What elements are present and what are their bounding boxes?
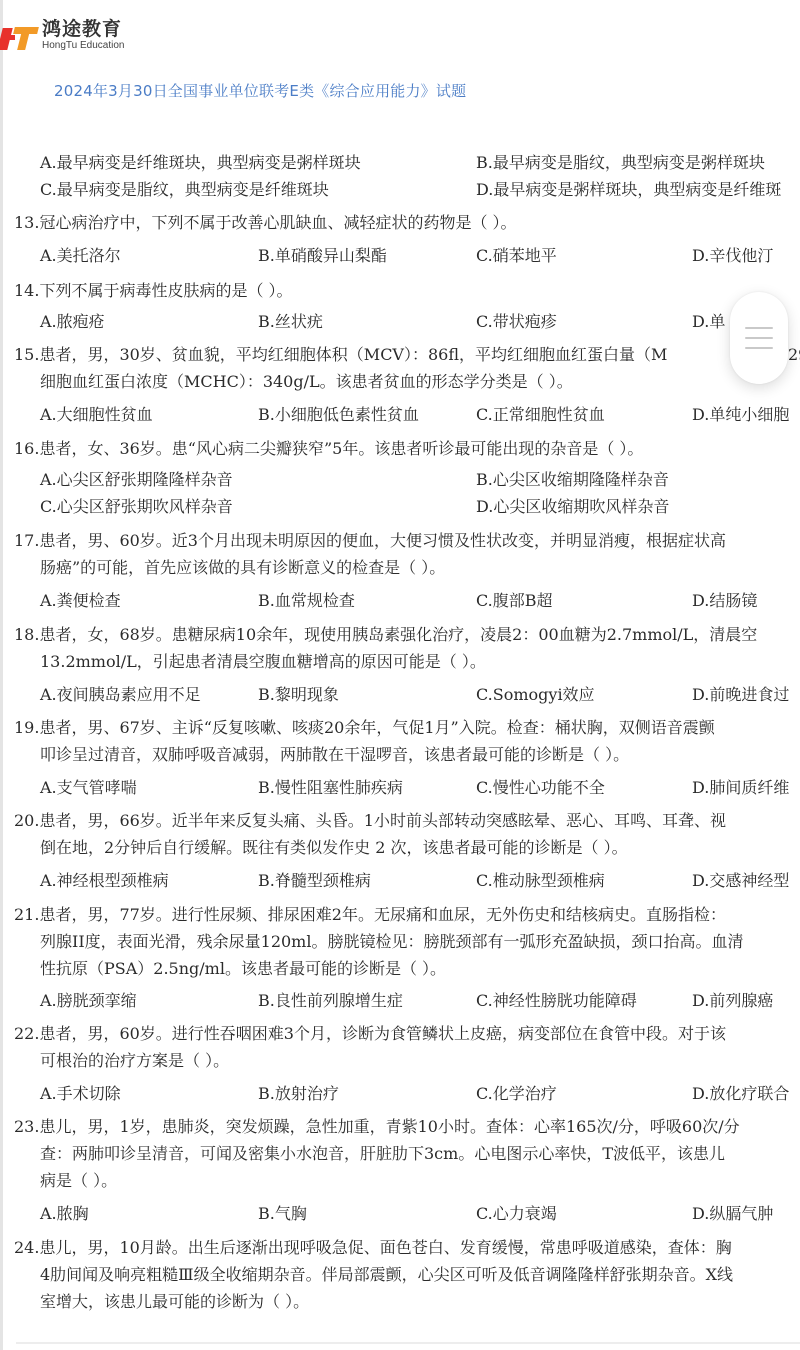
q13-stem: 13.冠心病治疗中，下列不属于改善心肌缺血、减轻症状的药物是（ ）。	[14, 212, 517, 234]
q15-option-b: B.小细胞低色素性贫血	[258, 404, 419, 426]
q20-option-b: B.脊髓型颈椎病	[258, 870, 371, 892]
q15-option-d: D.单纯小细胞	[692, 404, 789, 426]
q21-stem-line-3: 性抗原（PSA）2.5ng/ml。该患者最可能的诊断是（ ）。	[40, 958, 446, 980]
logo-chinese-name: 鸿途教育	[42, 18, 124, 40]
floating-menu-button[interactable]	[730, 292, 788, 384]
q22-stem-line-1: 22.患者，男，60岁。进行性吞咽困难3个月，诊断为食管鳞状上皮癌，病变部位在食…	[14, 1023, 726, 1045]
q22-option-c: C.化学治疗	[476, 1083, 557, 1105]
q20-option-c: C.椎动脉型颈椎病	[476, 870, 605, 892]
q22-option-b: B.放射治疗	[258, 1083, 339, 1105]
q16-option-c: C.心尖区舒张期吹风样杂音	[40, 496, 233, 518]
q13-option-a: A.美托洛尔	[40, 245, 121, 267]
q24-stem-line-2: 4肋间闻及响亮粗糙Ⅲ级全收缩期杂音。伴局部震颤，心尖区可听及低音调隆隆样舒张期杂…	[40, 1264, 733, 1286]
q12-option-b: B.最早病变是脂纹，典型病变是粥样斑块	[476, 152, 765, 174]
q23-option-d: D.纵膈气肿	[692, 1203, 773, 1225]
q18-option-a: A.夜间胰岛素应用不足	[40, 684, 201, 706]
q23-option-a: A.脓胸	[40, 1203, 89, 1225]
q16-option-a: A.心尖区舒张期隆隆样杂音	[40, 469, 233, 491]
q21-option-c: C.神经性膀胱功能障碍	[476, 990, 637, 1012]
q15-option-a: A.大细胞性贫血	[40, 404, 153, 426]
q12-option-d: D.最早病变是粥样斑块，典型病变是纤维斑	[476, 179, 781, 201]
q14-option-b: B.丝状疣	[258, 311, 323, 333]
q23-option-c: C.心力衰竭	[476, 1203, 557, 1225]
q13-option-c: C.硝苯地平	[476, 245, 557, 267]
q21-stem-line-2: 列腺II度，表面光滑，残余尿量120ml。膀胱镜检见：膀胱颈部有一弧形充盈缺损，…	[40, 931, 743, 953]
q12-option-c: C.最早病变是脂纹，典型病变是纤维斑块	[40, 179, 329, 201]
q19-option-a: A.支气管哮喘	[40, 777, 137, 799]
q21-option-d: D.前列腺癌	[692, 990, 773, 1012]
q15-stem-line-1: 15.患者，男，30岁、贫血貌，平均红细胞体积（MCV）：86fl，平均红细胞血…	[14, 344, 667, 366]
q19-stem-line-2: 叩诊呈过清音，双肺呼吸音减弱，两肺散在干湿啰音，该患者最可能的诊断是（ ）。	[40, 744, 629, 766]
q22-stem-line-2: 可根治的治疗方案是（ ）。	[40, 1050, 229, 1072]
q22-option-d: D.放化疗联合	[692, 1083, 789, 1105]
q14-option-a: A.脓疱疮	[40, 311, 105, 333]
exam-title: 2024年3月30日全国事业单位联考E类《综合应用能力》试题	[54, 80, 466, 101]
q17-stem-line-2: 肠癌”的可能，首先应该做的具有诊断意义的检查是（ ）。	[40, 557, 445, 579]
q24-stem-line-1: 24.患儿，男，10月龄。出生后逐渐出现呼吸急促、面色苍白、发育缓慢，常患呼吸道…	[14, 1237, 732, 1259]
q19-option-b: B.慢性阻塞性肺疾病	[258, 777, 403, 799]
q20-option-a: A.神经根型颈椎病	[40, 870, 169, 892]
q20-option-d: D.交感神经型	[692, 870, 789, 892]
page-left-border	[0, 0, 3, 1350]
q23-stem-line-2: 查：两肺叩诊呈清音，可闻及密集小水泡音，肝脏肋下3cm。心电图示心率快，T波低平…	[40, 1143, 725, 1165]
menu-lines-icon	[745, 327, 773, 329]
q17-stem-line-1: 17.患者，男、60岁。近3个月出现未明原因的便血，大便习惯及性状改变，并明显消…	[14, 530, 726, 552]
q17-option-d: D.结肠镜	[692, 590, 757, 612]
hongtu-logo-icon	[0, 20, 40, 50]
q20-stem-line-2: 倒在地，2分钟后自行缓解。既往有类似发作史 2 次，该患者最可能的诊断是（ ）。	[40, 837, 628, 859]
q13-option-b: B.单硝酸异山梨酯	[258, 245, 387, 267]
q16-stem: 16.患者，女、36岁。患“风心病二尖瓣狭窄”5年。该患者听诊最可能出现的杂音是…	[14, 438, 643, 460]
q24-stem-line-3: 室增大，该患儿最可能的诊断为（ ）。	[40, 1291, 309, 1313]
q17-option-a: A.粪便检查	[40, 590, 121, 612]
q15-stem-tail: 29	[788, 344, 800, 366]
q14-stem: 14.下列不属于病毒性皮肤病的是（ ）。	[14, 280, 293, 302]
q22-option-a: A.手术切除	[40, 1083, 121, 1105]
q19-option-c: C.慢性心功能不全	[476, 777, 605, 799]
q15-option-c: C.正常细胞性贫血	[476, 404, 605, 426]
q13-option-d: D.辛伐他汀	[692, 245, 773, 267]
q14-option-d: D.单	[692, 311, 725, 333]
q12-option-a: A.最早病变是纤维斑块，典型病变是粥样斑块	[40, 152, 361, 174]
q18-option-d: D.前晚进食过	[692, 684, 789, 706]
q17-option-b: B.血常规检查	[258, 590, 355, 612]
q21-stem-line-1: 21.患者，男，77岁。进行性尿频、排尿困难2年。无尿痛和血尿，无外伤史和结核病…	[14, 904, 726, 926]
q21-option-a: A.膀胱颈挛缩	[40, 990, 137, 1012]
q21-option-b: B.良性前列腺增生症	[258, 990, 403, 1012]
q19-stem-line-1: 19.患者，男、67岁、主诉“反复咳嗽、咳痰20余年，气促1月”入院。检查：桶状…	[14, 717, 715, 739]
page-bottom-divider	[16, 1342, 800, 1344]
q23-stem-line-3: 病是（ ）。	[40, 1170, 117, 1192]
logo-english-name: HongTu Education	[42, 40, 124, 52]
q18-stem-line-1: 18.患者，女，68岁。患糖尿病10余年，现使用胰岛素强化治疗，凌晨2：00血糖…	[14, 624, 757, 646]
q19-option-d: D.肺间质纤维	[692, 777, 789, 799]
q14-option-c: C.带状疱疹	[476, 311, 557, 333]
q23-stem-line-1: 23.患儿，男，1岁，患肺炎，突发烦躁，急性加重，青紫10小时。查体：心率165…	[14, 1116, 740, 1138]
brand-logo: 鸿途教育 HongTu Education	[0, 14, 124, 56]
q23-option-b: B.气胸	[258, 1203, 307, 1225]
q18-option-c: C.Somogyi效应	[476, 684, 595, 706]
q17-option-c: C.腹部B超	[476, 590, 553, 612]
q18-stem-line-2: 13.2mmol/L，引起患者清晨空腹血糖增高的原因可能是（ ）。	[40, 651, 486, 673]
q16-option-d: D.心尖区收缩期吹风样杂音	[476, 496, 669, 518]
q16-option-b: B.心尖区收缩期隆隆样杂音	[476, 469, 669, 491]
q20-stem-line-1: 20.患者，男，66岁。近半年来反复头痛、头昏。1小时前头部转动突感眩晕、恶心、…	[14, 810, 726, 832]
q15-stem-line-2: 细胞血红蛋白浓度（MCHC）：340g/L。该患者贫血的形态学分类是（ ）。	[40, 371, 573, 393]
q18-option-b: B.黎明现象	[258, 684, 339, 706]
